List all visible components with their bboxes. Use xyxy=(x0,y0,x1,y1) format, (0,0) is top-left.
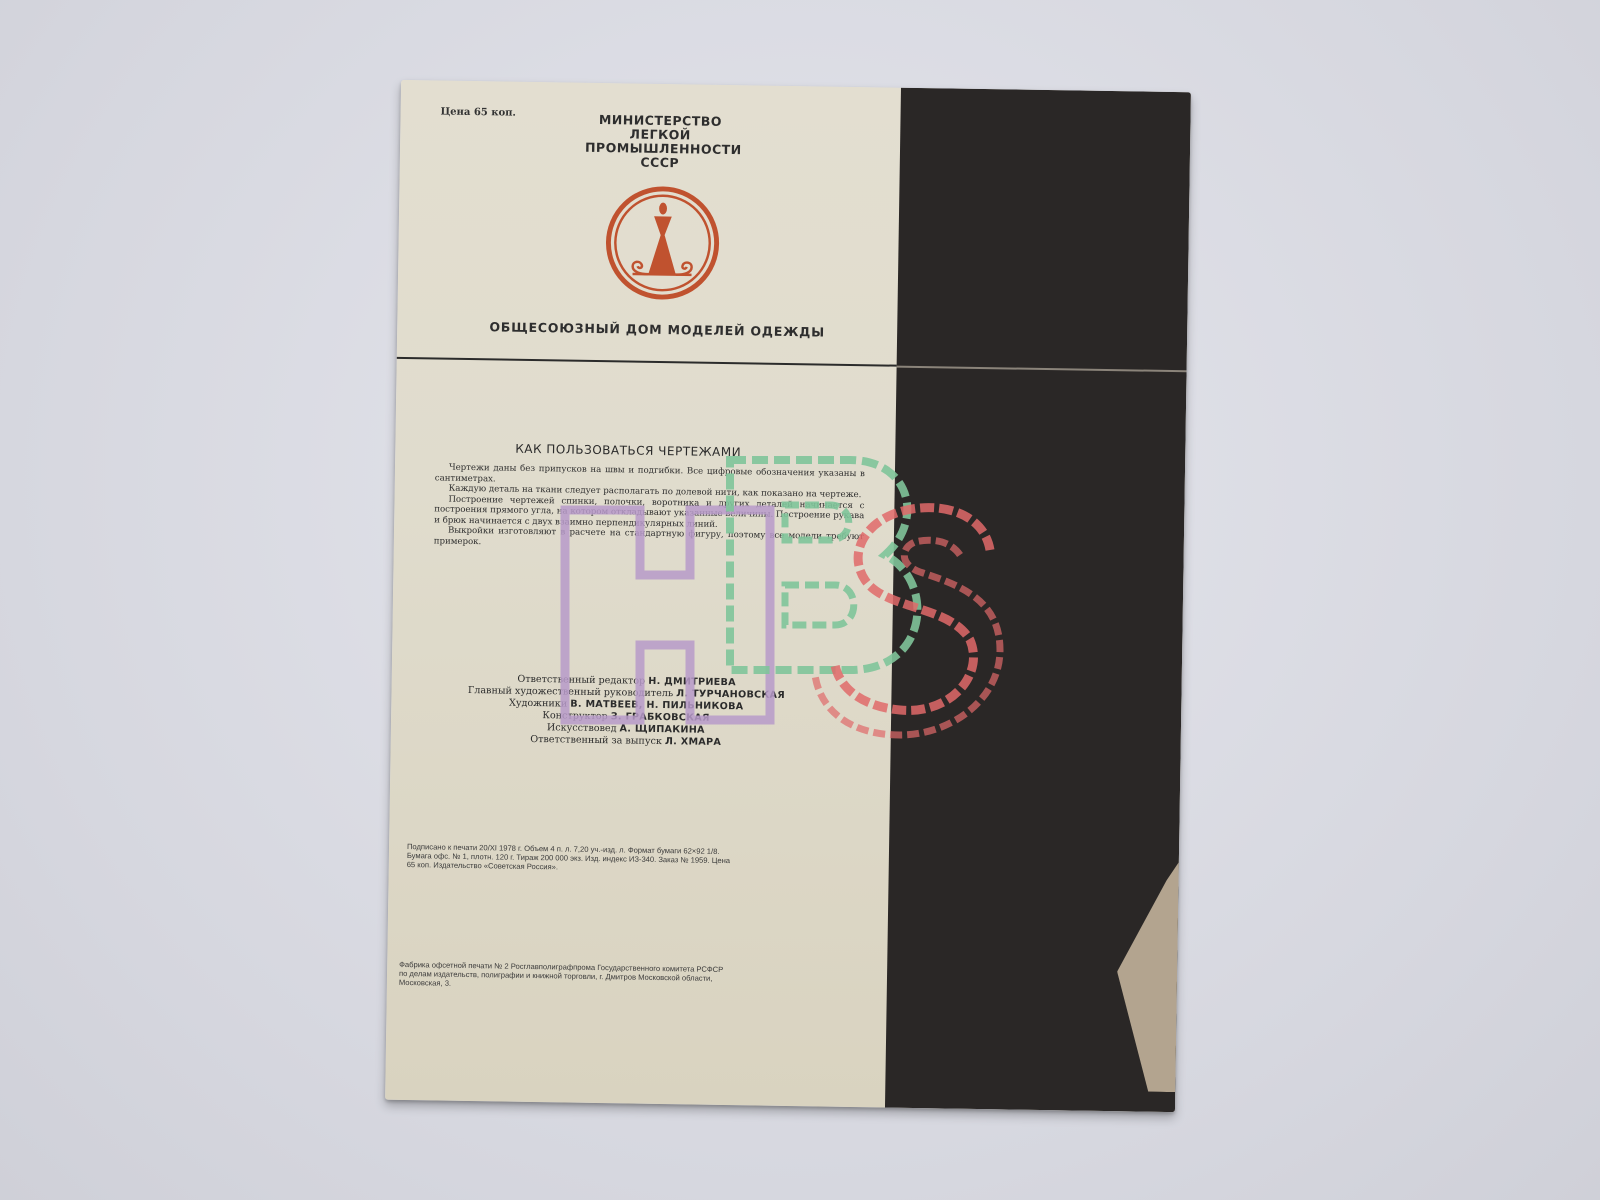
price-label: Цена 65 коп. xyxy=(440,106,516,118)
instructions-body: Чертежи даны без припусков на швы и подг… xyxy=(434,462,865,553)
ministry-heading: МИНИСТЕРСТВО ЛЕГКОЙ ПРОМЫШЛЕННОСТИ СССР xyxy=(585,113,736,171)
booklet-back-cover: Цена 65 коп. МИНИСТЕРСТВО ЛЕГКОЙ ПРОМЫШЛ… xyxy=(385,80,1191,1112)
credits-block: Ответственный редактор Н. ДМИТРИЕВА Глав… xyxy=(461,673,792,750)
ministry-line: СССР xyxy=(585,155,735,171)
figure-in-circle-logo-icon xyxy=(603,183,723,303)
